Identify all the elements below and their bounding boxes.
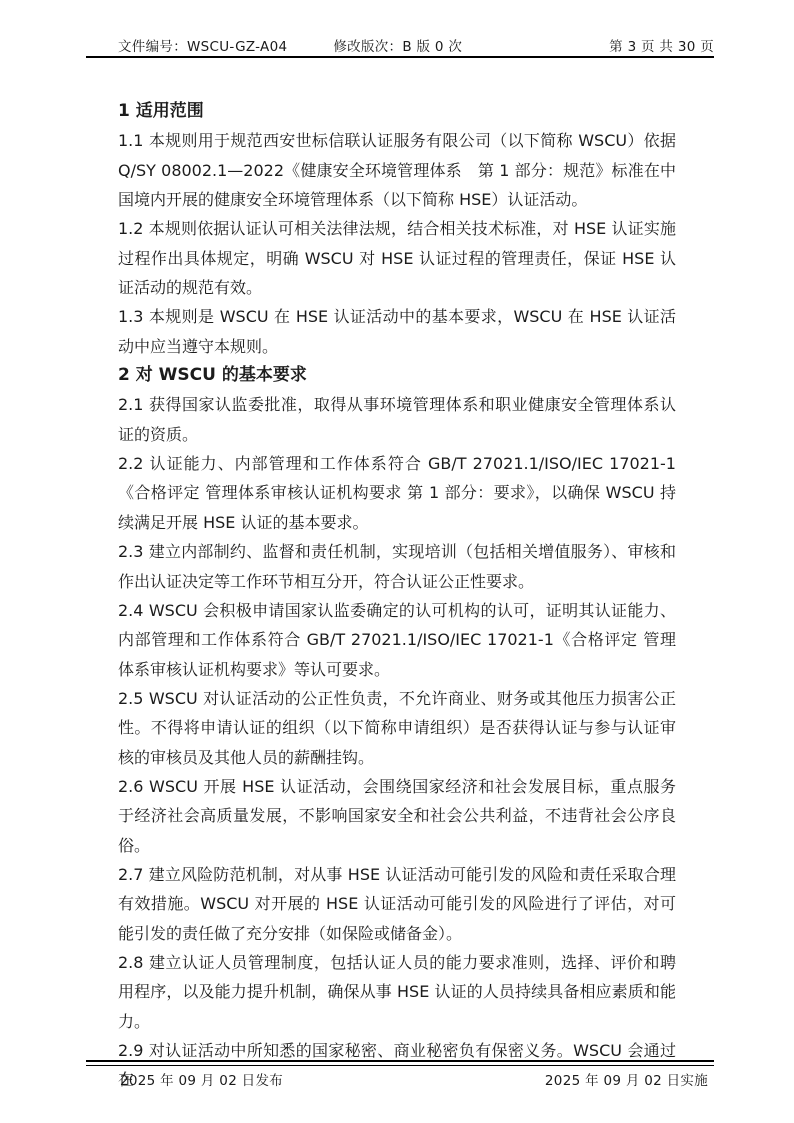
document-body: 1 适用范围1.1 本规则用于规范西安世标信联认证服务有限公司（以下简称 WSC…: [118, 97, 676, 1095]
paragraph: 1.2 本规则依据认证认可相关法律法规，结合相关技术标准，对 HSE 认证实施过…: [118, 214, 676, 302]
footer-implement-date: 2025 年 09 月 02 日实施: [545, 1069, 708, 1089]
page-footer: 2025 年 09 月 02 日发布 2025 年 09 月 02 日实施: [120, 1069, 708, 1089]
footer-divider-line: [86, 1060, 714, 1066]
header-divider-line: [86, 56, 714, 58]
paragraph: 2.2 认证能力、内部管理和工作体系符合 GB/T 27021.1/ISO/IE…: [118, 449, 676, 537]
paragraph: 2.3 建立内部制约、监督和责任机制，实现培训（包括相关增值服务）、审核和作出认…: [118, 537, 676, 596]
section-heading: 2 对 WSCU 的基本要求: [118, 361, 676, 390]
header-revision: 修改版次：B 版 0 次: [333, 35, 462, 55]
page-header: 文件编号：WSCU-GZ-A04 修改版次：B 版 0 次 第 3 页 共 30…: [118, 35, 714, 55]
header-doc-number: 文件编号：WSCU-GZ-A04: [118, 35, 287, 55]
paragraph: 2.5 WSCU 对认证活动的公正性负责，不允许商业、财务或其他压力损害公正性。…: [118, 684, 676, 772]
paragraph: 2.1 获得国家认监委批准，取得从事环境管理体系和职业健康安全管理体系认证的资质…: [118, 390, 676, 449]
paragraph: 1.3 本规则是 WSCU 在 HSE 认证活动中的基本要求，WSCU 在 HS…: [118, 302, 676, 361]
header-page-number: 第 3 页 共 30 页: [609, 35, 714, 55]
document-page: 文件编号：WSCU-GZ-A04 修改版次：B 版 0 次 第 3 页 共 30…: [0, 0, 794, 1123]
paragraph: 2.7 建立风险防范机制，对从事 HSE 认证活动可能引发的风险和责任采取合理有…: [118, 860, 676, 948]
paragraph: 2.4 WSCU 会积极申请国家认监委确定的认可机构的认可，证明其认证能力、内部…: [118, 596, 676, 684]
paragraph: 1.1 本规则用于规范西安世标信联认证服务有限公司（以下简称 WSCU）依据 Q…: [118, 126, 676, 214]
footer-issue-date: 2025 年 09 月 02 日发布: [120, 1069, 283, 1089]
section-heading: 1 适用范围: [118, 97, 676, 126]
paragraph: 2.8 建立认证人员管理制度，包括认证人员的能力要求准则，选择、评价和聘用程序，…: [118, 948, 676, 1036]
paragraph: 2.6 WSCU 开展 HSE 认证活动，会围绕国家经济和社会发展目标，重点服务…: [118, 772, 676, 860]
